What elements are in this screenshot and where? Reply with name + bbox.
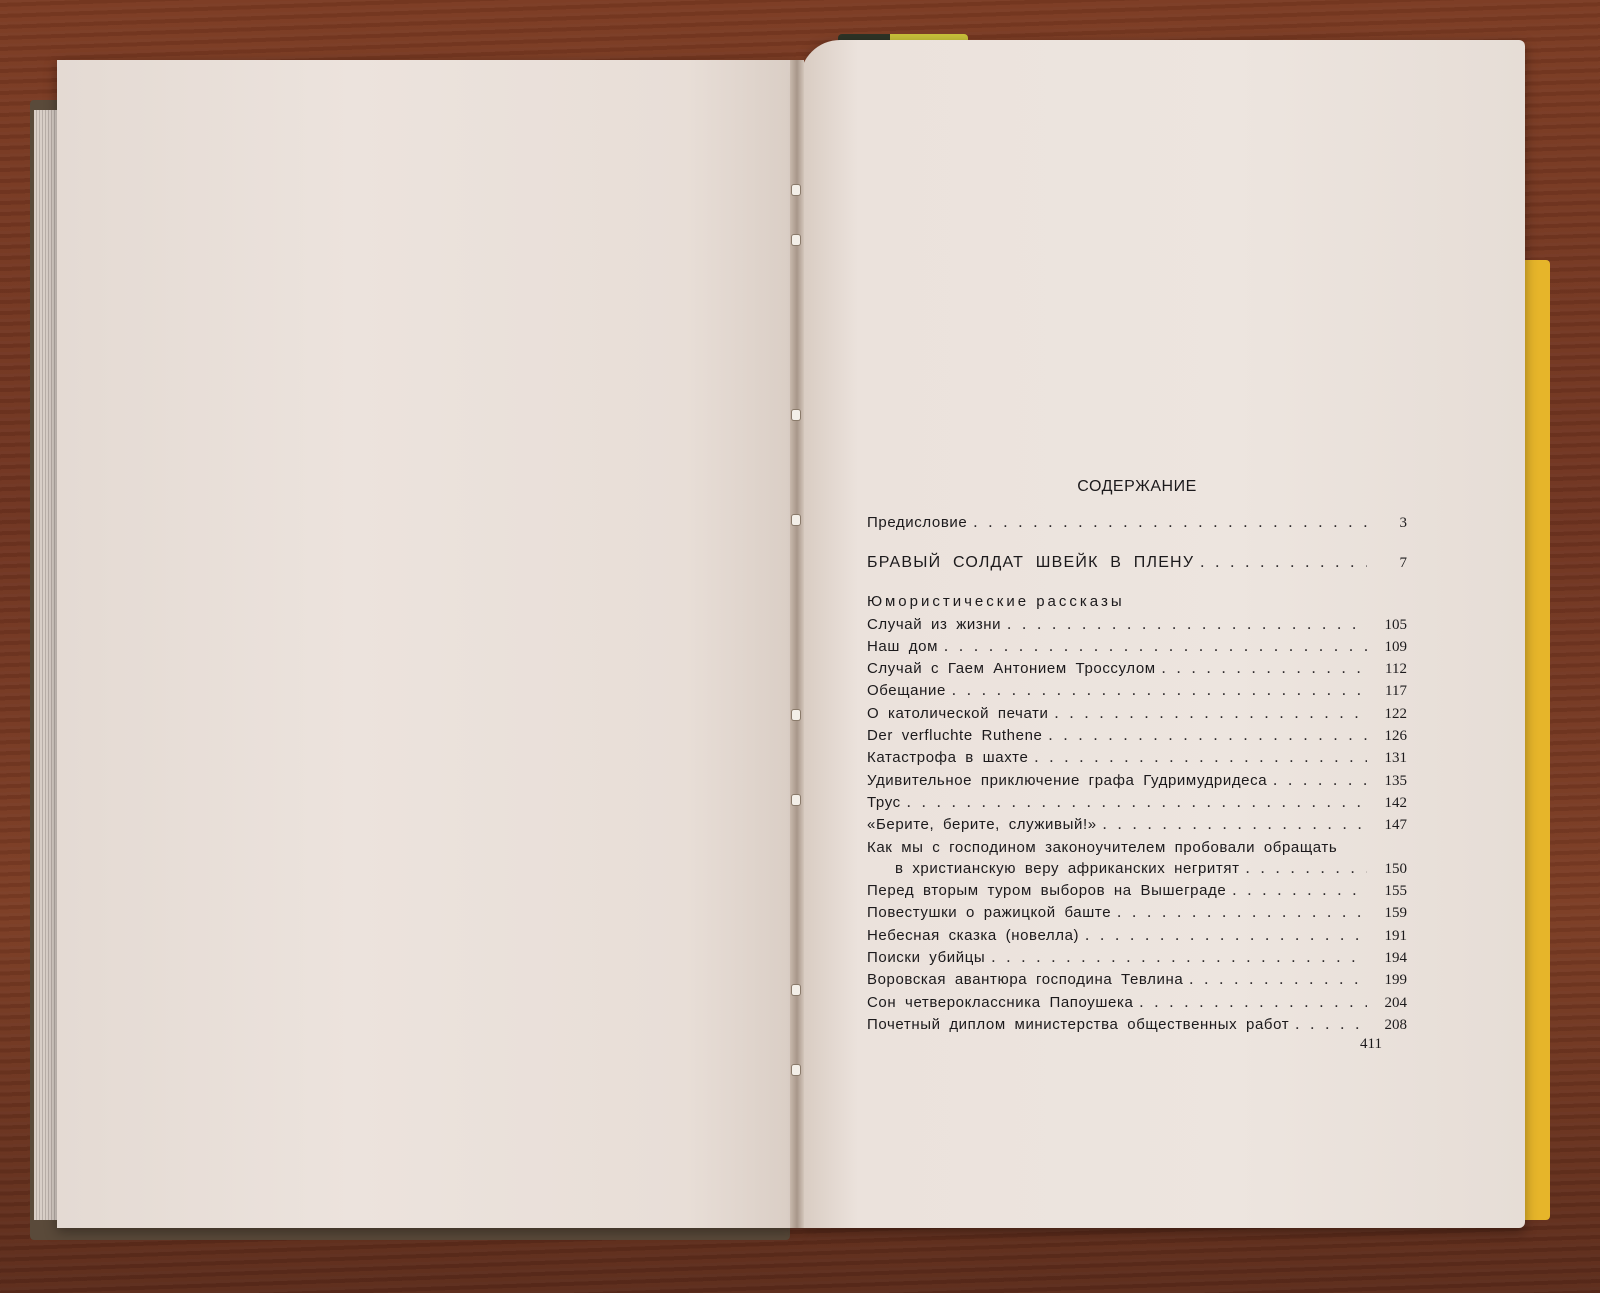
toc-entry: Поиски убийцы...........................… <box>867 947 1407 969</box>
toc-entry: Наш дом.................................… <box>867 636 1407 658</box>
toc-entry: Случай с Гаем Антонием Троссулом........… <box>867 658 1407 680</box>
page-number: 411 <box>1360 1036 1382 1053</box>
binding-stitch <box>792 985 800 995</box>
left-page-blank <box>57 60 797 1228</box>
toc-entry: «Берите, берите, служивый!».............… <box>867 814 1407 836</box>
toc-section-title: Юмористические рассказы <box>867 593 1407 610</box>
toc-entry-preface: Предисловие ............................… <box>867 512 1407 534</box>
table-of-contents: СОДЕРЖАНИЕ Предисловие .................… <box>867 478 1407 1036</box>
leader-dots: ........................................… <box>1200 552 1367 573</box>
binding-stitch <box>792 710 800 720</box>
toc-entry: Повестушки о ражицкой баште.............… <box>867 902 1407 924</box>
toc-entry: Воровская авантюра господина Тевлина....… <box>867 969 1407 991</box>
toc-entry: Как мы с господином законоучителем пробо… <box>867 837 1407 858</box>
binding-stitch <box>792 795 800 805</box>
toc-entry: Случай из жизни.........................… <box>867 614 1407 636</box>
binding-stitch <box>792 1065 800 1075</box>
toc-entry: Der verfluchte Ruthene..................… <box>867 725 1407 747</box>
toc-entry: Обещание................................… <box>867 680 1407 702</box>
toc-entry-continuation: в христианскую веру африканских негритят… <box>867 858 1407 880</box>
toc-title: СОДЕРЖАНИЕ <box>867 478 1407 496</box>
toc-entry: О католической печати...................… <box>867 703 1407 725</box>
binding-stitch <box>792 410 800 420</box>
binding-stitch <box>792 515 800 525</box>
toc-entry-part: БРАВЫЙ СОЛДАТ ШВЕЙК В ПЛЕНУ ............… <box>867 552 1407 574</box>
toc-entry: Катастрофа в шахте......................… <box>867 747 1407 769</box>
toc-entry: Трус....................................… <box>867 792 1407 814</box>
toc-entry: Перед вторым туром выборов на Вышеграде.… <box>867 880 1407 902</box>
toc-entry: Удивительное приключение графа Гудримудр… <box>867 770 1407 792</box>
leader-dots: ........................................… <box>973 512 1367 533</box>
toc-entry: Сон четвероклассника Папоушека..........… <box>867 992 1407 1014</box>
toc-entry: Небесная сказка (новелла)...............… <box>867 925 1407 947</box>
binding-stitch <box>792 185 800 195</box>
toc-entry: Почетный диплом министерства общественны… <box>867 1014 1407 1036</box>
binding-stitch <box>792 235 800 245</box>
